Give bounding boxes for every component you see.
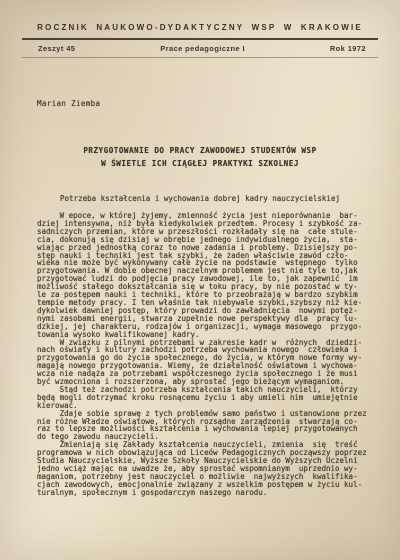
body-text: W epoce, w której żyjemy, zmienność życi… [37,212,373,497]
header-rule-bottom [22,57,378,58]
paragraph: W związku z pilnymi potrzebami w zakresi… [37,339,373,386]
paragraph: W epoce, w której żyjemy, zmienność życi… [37,212,373,339]
article-title-line2: W ŚWIETLE ICH CIĄGŁEJ PRAKTYKI SZKOLNEJ [0,157,400,170]
article-title-line1: PRZYGOTOWANIE DO PRACY ZAWODOWEJ STUDENT… [0,144,400,157]
section-heading: Potrzeba kształcenia i wychowania dobrej… [0,194,400,203]
paragraph: Stąd też zachodzi potrzeba kształcenia t… [37,386,373,410]
issue-row: Zeszyt 45 Prace pedagogiczne I Rok 1972 [38,44,366,53]
year-label: Rok 1972 [330,44,366,53]
issue-label: Zeszyt 45 [38,44,75,53]
series-label: Prace pedagogiczne I [160,44,245,53]
scanned-page: ROCZNIK NAUKOWO-DYDAKTYCZNY WSP W KRAKOW… [0,0,400,560]
author-name: Marian Ziemba [37,99,100,108]
article-title: PRZYGOTOWANIE DO PRACY ZAWODOWEJ STUDENT… [0,144,400,170]
paragraph: Zmieniają się Zakłady kształcenia nauczy… [37,441,373,496]
journal-title: ROCZNIK NAUKOWO-DYDAKTYCZNY WSP W KRAKOW… [0,23,400,32]
paragraph: Zdaje sobie sprawę z tych problemów samo… [37,410,373,442]
header-rule-top [22,38,378,40]
